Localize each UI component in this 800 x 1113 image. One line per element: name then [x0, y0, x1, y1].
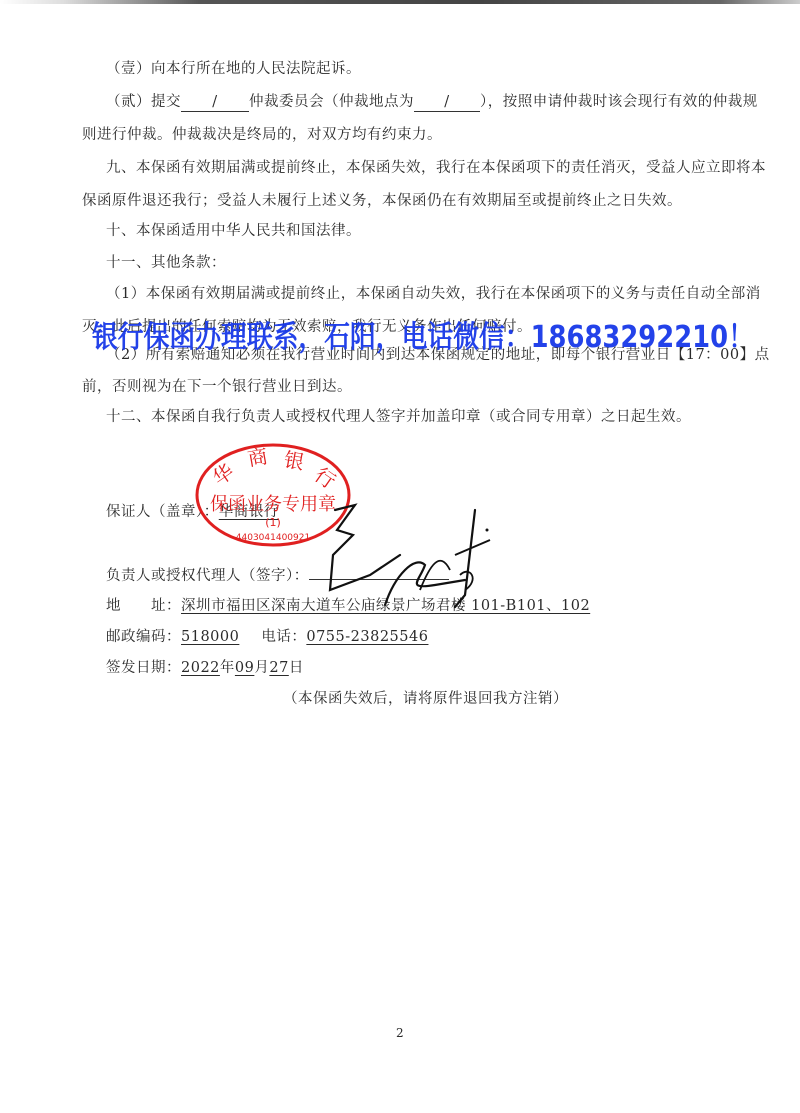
- arbitration-committee-blank: /: [181, 93, 249, 112]
- phone-value: 0755-23825546: [306, 629, 428, 645]
- date-year: 2022: [181, 660, 220, 676]
- contact-watermark: 银行保函办理联系，石阳，电话微信：18683292210！: [92, 312, 754, 356]
- clause-12: 十二、本保函自我行负责人或授权代理人签字并加盖印章（或合同专用章）之日起生效。: [106, 408, 691, 426]
- clause-9-line1: 九、本保函有效期届满或提前终止，本保函失效，我行在本保函项下的责任消灭，受益人应…: [106, 159, 766, 177]
- page-number: 2: [396, 1026, 404, 1040]
- issue-date-row: 签发日期：2022年09月27日: [106, 659, 304, 677]
- svg-text:(1): (1): [265, 516, 281, 529]
- svg-text:保函业务专用章: 保函业务专用章: [210, 494, 336, 515]
- postcode-phone-row: 邮政编码：518000电话：0755-23825546: [106, 628, 428, 646]
- clause-1-court: （壹）向本行所在地的人民法院起诉。: [106, 60, 361, 78]
- clause-10: 十、本保函适用中华人民共和国法律。: [106, 222, 361, 240]
- postcode-value: 518000: [181, 629, 239, 645]
- svg-text:4403041400921: 4403041400921: [236, 533, 310, 543]
- return-note: （本保函失效后，请将原件退回我方注销）: [283, 690, 568, 708]
- clause-9-line2: 保函原件退还我行；受益人未履行上述义务，本保函仍在有效期届至或提前终止之日失效。: [82, 192, 682, 210]
- arbitration-location-blank: /: [414, 93, 480, 112]
- svg-text:银: 银: [282, 447, 306, 474]
- handwritten-signature: [325, 495, 500, 615]
- scan-edge: [0, 0, 800, 4]
- clause-11-1-line1: （1）本保函有效期届满或提前终止，本保函自动失效，我行在本保函项下的义务与责任自…: [106, 285, 761, 303]
- date-month: 09: [235, 660, 254, 676]
- clause-2-arbitration: （贰）提交/仲裁委员会（仲裁地点为/），按照申请仲裁时该会现行有效的仲裁规: [106, 93, 758, 112]
- svg-text:商: 商: [246, 444, 270, 471]
- clause-11-2-line2: 前，否则视为在下一个银行营业日到达。: [82, 378, 352, 396]
- clause-11-heading: 十一、其他条款：: [106, 254, 226, 272]
- date-day: 27: [269, 660, 288, 676]
- clause-2-arbitration-cont: 则进行仲裁。仲裁裁决是终局的，对双方均有约束力。: [82, 126, 442, 144]
